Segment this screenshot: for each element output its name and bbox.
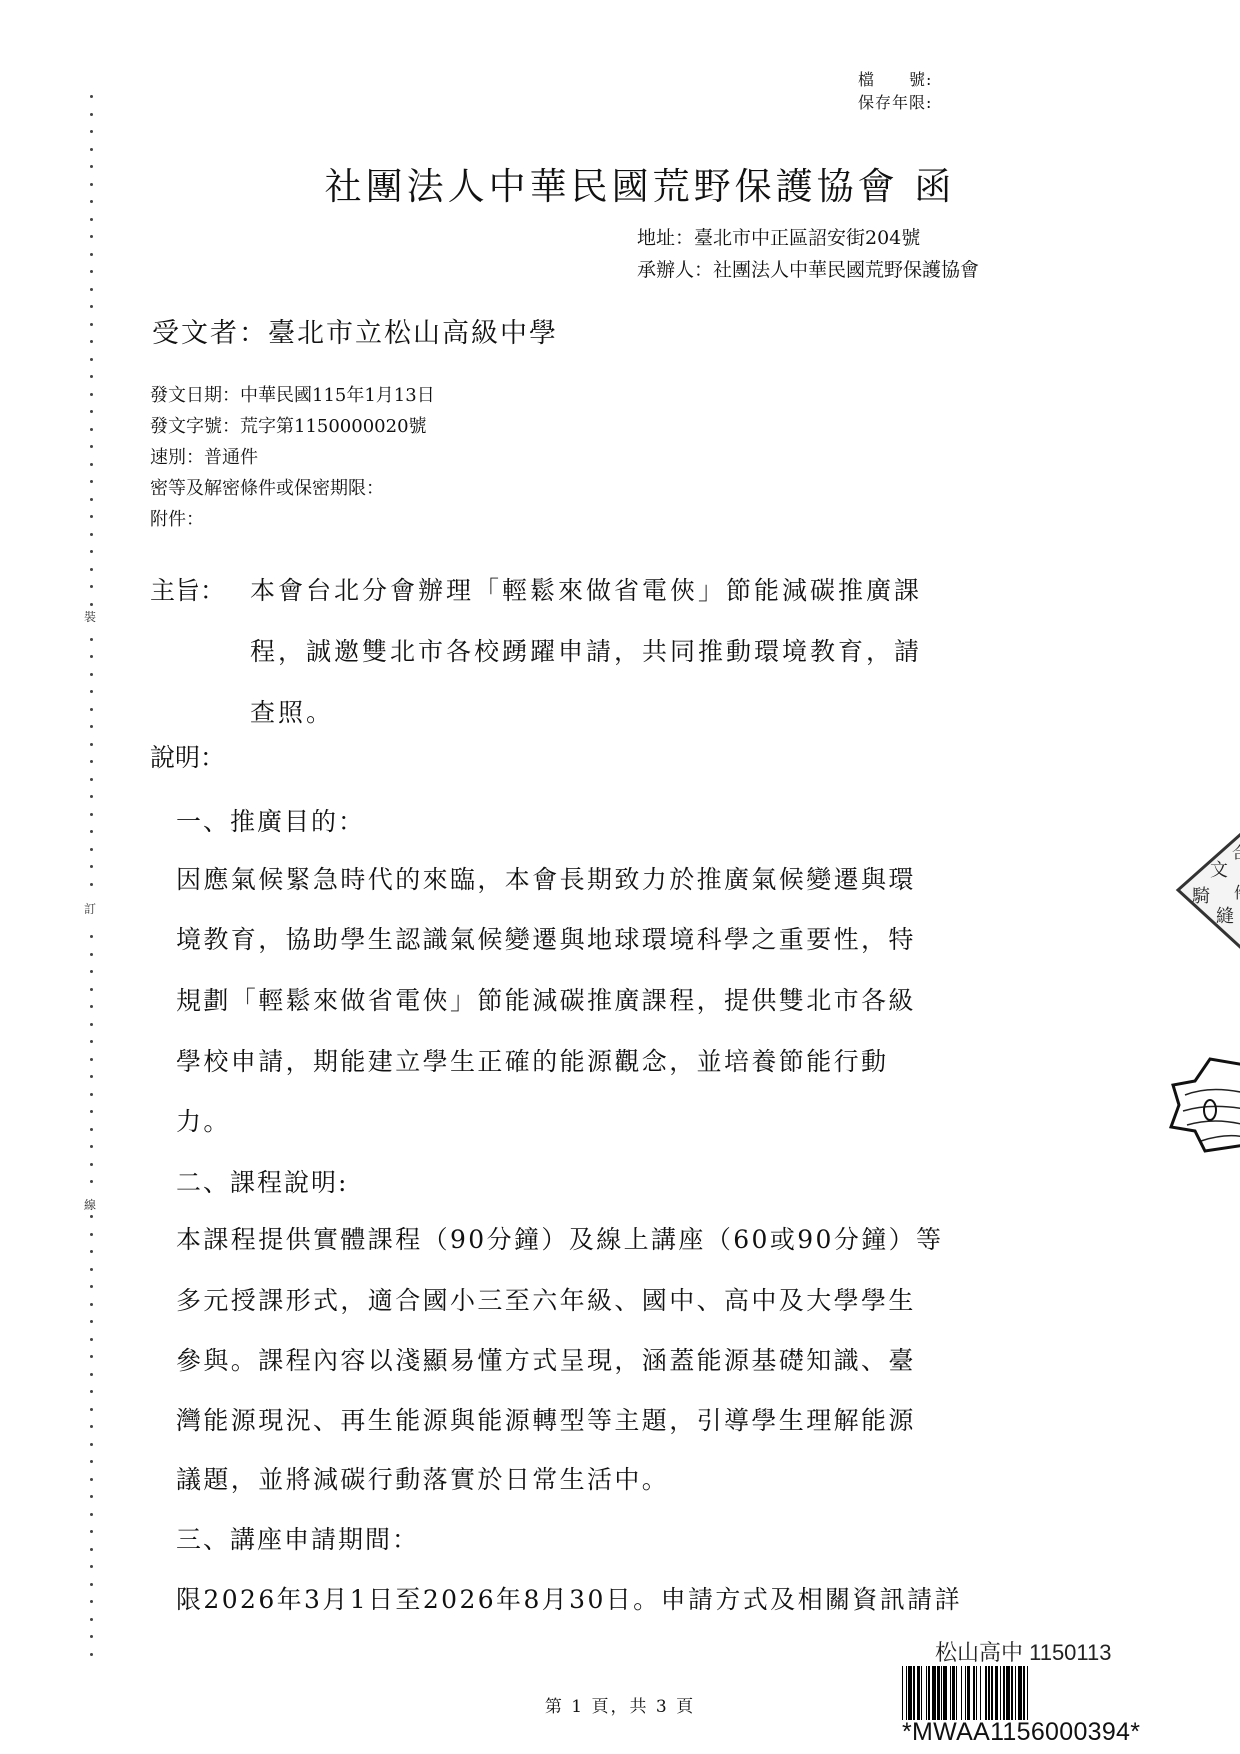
body-line: 議題，並將減碳行動落實於日常生活中。 [176,1460,669,1496]
document-number: 發文字號：荒字第1150000020號 [150,411,435,442]
sender-address: 地址：臺北市中正區詔安街204號 [637,222,979,254]
binding-dot [90,1215,93,1218]
binding-dot [90,375,93,378]
section-title-purpose: 一、推廣目的： [176,802,365,838]
binding-dot [90,148,93,151]
delivery-speed: 速別：普通件 [150,442,435,473]
subject-line: 程，誠邀雙北市各校踴躍申請，共同推動環境教育，請 [250,621,1070,682]
binding-dot [90,463,93,466]
binding-dot [90,1565,93,1568]
seal-stamp-icon: 文 騎 縫 合 件 [1140,818,1240,958]
body-line: 灣能源現況、再生能源與能源轉型等主題，引導學生理解能源 [176,1401,916,1437]
binding-dot [90,1390,93,1393]
binding-dot [90,1128,93,1131]
binding-dot [90,1495,93,1498]
binding-dot [90,533,93,536]
svg-text:文: 文 [1210,860,1228,881]
binding-dot [90,568,93,571]
binding-dot [90,288,93,291]
body-line: 參與。課程內容以淺顯易懂方式呈現，涵蓋能源基礎知識、臺 [176,1341,916,1377]
binding-dot [90,1425,93,1428]
binding-mark: 裝 [84,608,96,625]
binding-dot [90,445,93,448]
binding-dot [90,1180,93,1183]
document-title: 社團法人中華民國荒野保護協會 函 [0,156,1240,210]
binding-dot [90,1040,93,1043]
confidentiality: 密等及解密條件或保密期限： [150,473,435,504]
subject-label: 主旨： [150,560,225,621]
binding-dot [90,970,93,973]
binding-dot [90,883,93,886]
section-title-course: 二、課程說明: [176,1163,348,1199]
body-line: 境教育，協助學生認識氣候變遷與地球環境科學之重要性，特 [176,920,916,956]
binding-dot [90,1600,93,1603]
binding-dot [90,1443,93,1446]
binding-dot [90,1478,93,1481]
file-number-label: 檔 號: [858,68,932,91]
binding-dot [90,130,93,133]
binding-dot [90,113,93,116]
binding-dot [90,1408,93,1411]
body-line: 學校申請，期能建立學生正確的能源觀念，並培養節能行動 [176,1042,888,1078]
binding-dot [90,95,93,98]
binding-dot [90,638,93,641]
document-meta: 發文日期：中華民國115年1月13日 發文字號：荒字第1150000020號 速… [150,380,435,535]
issue-date: 發文日期：中華民國115年1月13日 [150,380,435,411]
body-line: 規劃「輕鬆來做省電俠」節能減碳推廣課程，提供雙北市各級 [176,981,916,1017]
binding-dot [90,760,93,763]
binding-dot [90,1093,93,1096]
binding-dot [90,1320,93,1323]
binding-dot [90,305,93,308]
binding-dot [90,1145,93,1148]
binding-dot [90,1058,93,1061]
binding-dot [90,708,93,711]
binding-dot [90,218,93,221]
binding-dot [90,480,93,483]
binding-dot [90,498,93,501]
binding-dot [90,1110,93,1113]
barcode-label: 松山高中 1150113 [935,1636,1112,1667]
emblem-stamp-icon [1155,1055,1240,1155]
binding-dot [90,1338,93,1341]
binding-dot [90,1583,93,1586]
binding-dot [90,1460,93,1463]
subject-line: 本會台北分會辦理「輕鬆來做省電俠」節能減碳推廣課 [250,560,1070,621]
binding-dot [90,953,93,956]
binding-dot [90,1513,93,1516]
binding-dot [90,1268,93,1271]
binding-dot [90,585,93,588]
svg-text:騎: 騎 [1191,886,1210,907]
sender-info: 地址：臺北市中正區詔安街204號 承辦人：社團法人中華民國荒野保護協會 [637,222,979,286]
binding-dot [90,550,93,553]
binding-dot [90,428,93,431]
binding-dot [90,393,93,396]
binding-dot [90,690,93,693]
binding-dot [90,830,93,833]
binding-dot [90,848,93,851]
binding-line: 裝訂線 [86,95,98,1665]
binding-dot [90,1233,93,1236]
binding-dot [90,1005,93,1008]
barcode-text: *MWAA1156000394* [902,1718,1140,1747]
sender-handler: 承辦人：社團法人中華民國荒野保護協會 [637,254,979,286]
binding-dot [90,1635,93,1638]
binding-dot [90,1075,93,1078]
attachment: 附件： [150,504,435,535]
subject: 主旨： 本會台北分會辦理「輕鬆來做省電俠」節能減碳推廣課 程，誠邀雙北市各校踴躍… [150,560,1070,743]
binding-dot [90,673,93,676]
binding-dot [90,725,93,728]
binding-dot [90,988,93,991]
binding-dot [90,1355,93,1358]
binding-dot [90,515,93,518]
binding-dot [90,743,93,746]
binding-dot [90,1530,93,1533]
binding-dot [90,1653,93,1656]
binding-dot [90,935,93,938]
file-meta: 檔 號: 保存年限: [858,68,932,114]
binding-dot [90,1023,93,1026]
binding-dot [90,1163,93,1166]
description-label: 說明： [150,738,225,774]
binding-dot [90,1285,93,1288]
body-line: 本課程提供實體課程（90分鐘）及線上講座（60或90分鐘）等 [176,1220,943,1256]
binding-dot [90,813,93,816]
binding-dot [90,1250,93,1253]
binding-dot [90,235,93,238]
subject-line: 查照。 [250,682,1070,743]
binding-mark: 訂 [84,900,96,917]
recipient: 受文者：臺北市立松山高級中學 [152,311,558,350]
binding-dot [90,603,93,606]
svg-text:合: 合 [1232,843,1240,862]
retention-period-label: 保存年限: [858,91,932,114]
binding-dot [90,358,93,361]
binding-dot [90,253,93,256]
binding-dot [90,410,93,413]
binding-dot [90,1548,93,1551]
binding-dot [90,655,93,658]
binding-dot [90,323,93,326]
binding-dot [90,1303,93,1306]
body-line: 多元授課形式，適合國小三至六年級、國中、高中及大學學生 [176,1281,916,1317]
binding-dot [90,778,93,781]
page-number: 第 1 頁，共 3 頁 [0,1692,1240,1717]
binding-dot [90,270,93,273]
svg-text:縫: 縫 [1216,906,1234,927]
body-line: 限2026年3月1日至2026年8月30日。申請方式及相關資訊請詳 [176,1580,962,1616]
binding-mark: 線 [84,1196,96,1213]
binding-dot [90,865,93,868]
section-title-period: 三、講座申請期間： [176,1520,419,1556]
binding-dot [90,1373,93,1376]
binding-dot [90,795,93,798]
subject-text: 本會台北分會辦理「輕鬆來做省電俠」節能減碳推廣課 程，誠邀雙北市各校踴躍申請，共… [250,560,1070,743]
binding-dot [90,1618,93,1621]
body-line: 力。 [176,1102,231,1138]
body-line: 因應氣候緊急時代的來臨，本會長期致力於推廣氣候變遷與環 [176,860,916,896]
svg-text:件: 件 [1234,883,1240,902]
binding-dot [90,340,93,343]
